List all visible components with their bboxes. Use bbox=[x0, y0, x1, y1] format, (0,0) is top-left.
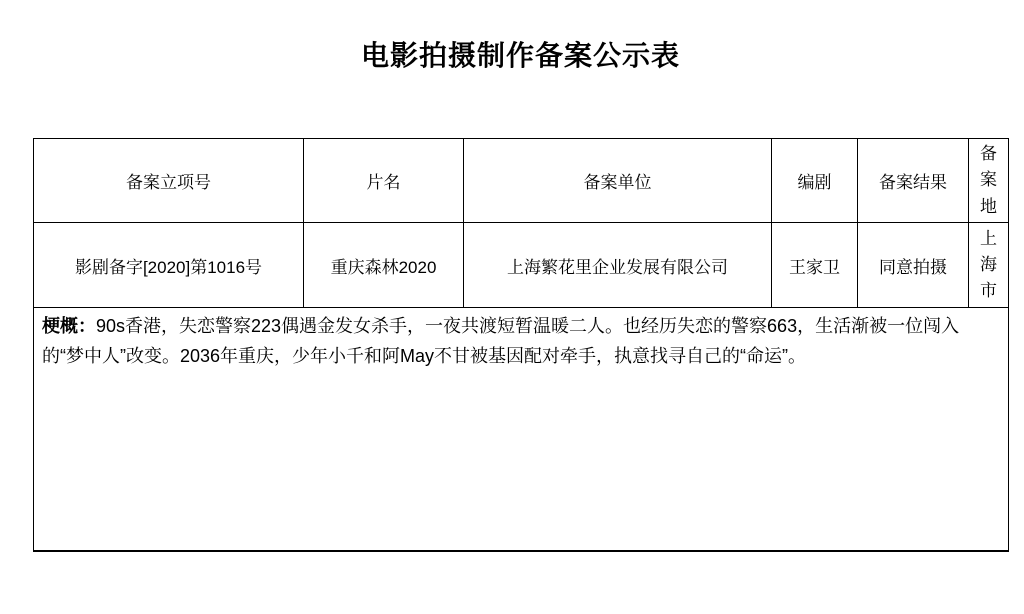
header-filing-unit: 备案单位 bbox=[464, 139, 772, 223]
cell-filing-result: 同意拍摄 bbox=[858, 223, 969, 308]
synopsis-text: 90s香港，失恋警察223偶遇金发女杀手，一夜共渡短暂温暖二人。也经历失恋的警察… bbox=[42, 316, 959, 366]
cell-film-title: 重庆森林2020 bbox=[304, 223, 464, 308]
header-filing-result: 备案结果 bbox=[858, 139, 969, 223]
document-page: 电影拍摄制作备案公示表 备案立项号 片名 备案单位 编剧 备案结果 备案地 影剧… bbox=[0, 0, 1024, 552]
header-filing-location: 备案地 bbox=[969, 139, 1009, 223]
table-synopsis-row: 梗概：90s香港，失恋警察223偶遇金发女杀手，一夜共渡短暂温暖二人。也经历失恋… bbox=[34, 308, 1009, 551]
filing-table: 备案立项号 片名 备案单位 编剧 备案结果 备案地 影剧备字[2020]第101… bbox=[33, 138, 1009, 552]
cell-filing-location-value: 上海市 bbox=[979, 226, 999, 305]
cell-filing-number: 影剧备字[2020]第1016号 bbox=[34, 223, 304, 308]
header-filing-number: 备案立项号 bbox=[34, 139, 304, 223]
cell-filing-location: 上海市 bbox=[969, 223, 1009, 308]
synopsis-label: 梗概： bbox=[42, 316, 96, 336]
page-title: 电影拍摄制作备案公示表 bbox=[33, 39, 1008, 72]
table-data-row: 影剧备字[2020]第1016号 重庆森林2020 上海繁花里企业发展有限公司 … bbox=[34, 223, 1009, 308]
header-film-title: 片名 bbox=[304, 139, 464, 223]
table-header-row: 备案立项号 片名 备案单位 编剧 备案结果 备案地 bbox=[34, 139, 1009, 223]
header-screenwriter: 编剧 bbox=[772, 139, 858, 223]
cell-screenwriter: 王家卫 bbox=[772, 223, 858, 308]
cell-synopsis: 梗概：90s香港，失恋警察223偶遇金发女杀手，一夜共渡短暂温暖二人。也经历失恋… bbox=[34, 308, 1009, 551]
cell-filing-unit: 上海繁花里企业发展有限公司 bbox=[464, 223, 772, 308]
header-filing-location-label: 备案地 bbox=[979, 141, 999, 220]
